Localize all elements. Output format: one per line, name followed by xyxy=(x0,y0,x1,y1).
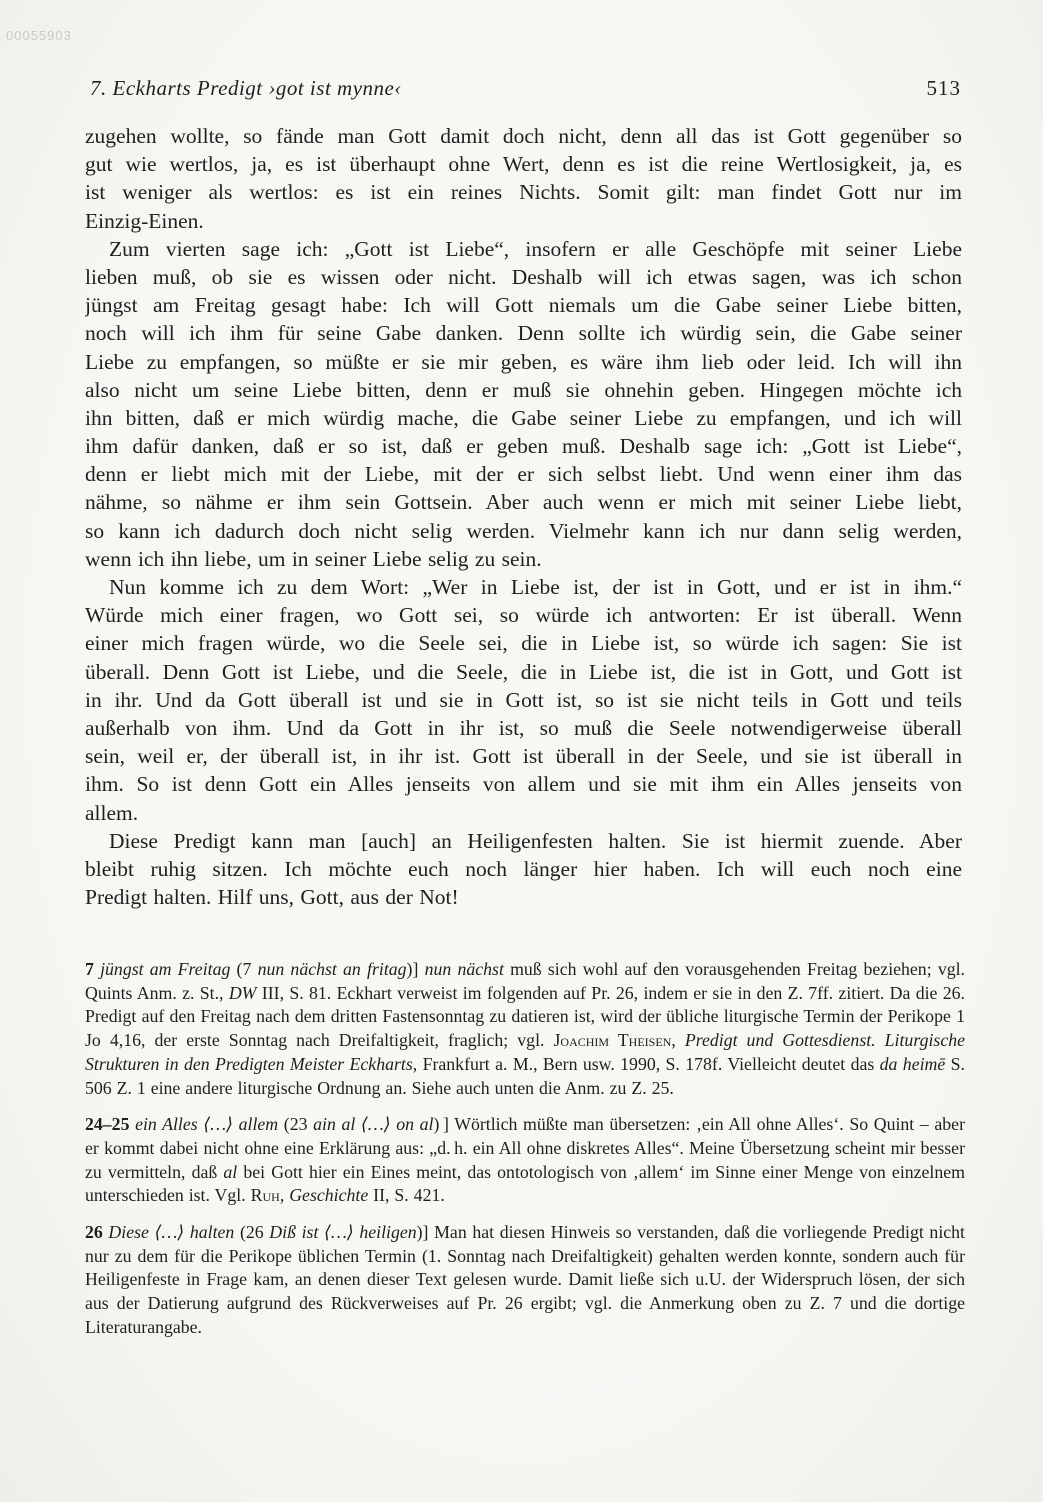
body-line: jüngst am Freitag gesagt habe: Ich will … xyxy=(85,291,962,319)
body-line-text: gut wie wertlos, ja, es ist überhaupt oh… xyxy=(85,150,962,178)
footnote-text-segment: Joachim Theisen xyxy=(554,1030,672,1050)
footnote-text-segment: ein Alles ⟨…⟩ allem xyxy=(135,1114,278,1134)
body-line: zugehen wollte, so fände man Gott damit … xyxy=(85,122,962,150)
body-line-text: denn er liebt mich mit der Liebe, mit de… xyxy=(85,460,962,488)
body-line-text: lieben muß, ob sie es wissen oder nicht.… xyxy=(85,263,962,291)
footnote: 24–25 ein Alles ⟨…⟩ allem (23 ain al ⟨…⟩… xyxy=(85,1113,965,1208)
body-line-text: Liebe zu empfangen, so müßte er sie mir … xyxy=(85,348,962,376)
footnote: 26 Diese ⟨…⟩ halten (26 Diß ist ⟨…⟩ heil… xyxy=(85,1221,965,1340)
body-line: in ihr. Und da Gott überall ist und sie … xyxy=(85,686,962,714)
scanned-book-page: 00055903 7. Eckharts Predigt ›got ist my… xyxy=(0,0,1043,1502)
footnote-text-segment: jüngst am Freitag xyxy=(100,959,230,979)
body-line-text: in ihr. Und da Gott überall ist und sie … xyxy=(85,686,962,714)
body-line-text: Zum vierten sage ich: „Gott ist Liebe“, … xyxy=(85,235,962,263)
footnote-text-segment: (26 xyxy=(234,1222,269,1242)
body-line: Einzig-Einen. xyxy=(85,207,962,235)
footnote-text-segment: Geschichte xyxy=(289,1185,368,1205)
footnote-text-segment: nun nächst an fritag xyxy=(258,959,407,979)
body-line: Predigt halten. Hilf uns, Gott, aus der … xyxy=(85,883,962,911)
body-line-text: ist weniger als wertlos: es ist ein rein… xyxy=(85,178,962,206)
footnotes: 7 jüngst am Freitag (7 nun nächst an fri… xyxy=(85,958,965,1353)
body-line: 20überall. Denn Gott ist Liebe, und die … xyxy=(85,658,962,686)
body-line: ihm dafür danken, daß er so ist, daß er … xyxy=(85,432,962,460)
body-line-text: also nicht um seine Liebe bitten, denn e… xyxy=(85,376,962,404)
body-line-text: ihn bitten, daß er mich würdig mache, di… xyxy=(85,404,962,432)
footnote-text-segment: Diß ist ⟨…⟩ heiligen xyxy=(269,1222,416,1242)
footnote-text-segment: ain al ⟨…⟩ on al xyxy=(313,1114,433,1134)
body-line-text: Würde mich einer fragen, wo Gott sei, so… xyxy=(85,601,962,629)
chapter-title: 7. Eckharts Predigt ›got ist mynne‹ xyxy=(90,76,402,100)
body-line: 5Zum vierten sage ich: „Gott ist Liebe“,… xyxy=(85,235,962,263)
body-line-text: einer mich fragen würde, wo die Seele se… xyxy=(85,629,962,657)
footnote-text-segment: DW xyxy=(229,983,257,1003)
body-line: denn er liebt mich mit der Liebe, mit de… xyxy=(85,460,962,488)
body-line-text: bleibt ruhig sitzen. Ich möchte euch noc… xyxy=(85,855,962,883)
body-line-text: ihm. So ist denn Gott ein Alles jenseits… xyxy=(85,770,962,798)
footnote-text-segment: 26 xyxy=(85,1222,108,1242)
body-line: ist weniger als wertlos: es ist ein rein… xyxy=(85,178,962,206)
body-line: Nun komme ich zu dem Wort: „Wer in Liebe… xyxy=(85,573,962,601)
body-line: einer mich fragen würde, wo die Seele se… xyxy=(85,629,962,657)
body-line: wenn ich ihn liebe, um in seiner Liebe s… xyxy=(85,545,962,573)
body-line-text: allem. xyxy=(85,799,962,827)
footnote-text-segment: 24–25 xyxy=(85,1114,135,1134)
page-number: 513 xyxy=(927,76,962,101)
body-line-text: Nun komme ich zu dem Wort: „Wer in Liebe… xyxy=(85,573,962,601)
footnote-text-segment: Ruh xyxy=(251,1185,280,1205)
body-line: Liebe zu empfangen, so müßte er sie mir … xyxy=(85,348,962,376)
footnote-text-segment: Diese ⟨…⟩ halten xyxy=(108,1222,234,1242)
body-line: Würde mich einer fragen, wo Gott sei, so… xyxy=(85,601,962,629)
body-line-text: nähme, so nähme er ihm sein Gottsein. Ab… xyxy=(85,488,962,516)
footnote-text-segment: , xyxy=(280,1185,289,1205)
body-line: 15so kann ich dadurch doch nicht selig w… xyxy=(85,517,962,545)
footnote-text-segment: )] xyxy=(407,959,425,979)
body-line-text: noch will ich ihm für seine Gabe danken.… xyxy=(85,319,962,347)
body-line: lieben muß, ob sie es wissen oder nicht.… xyxy=(85,263,962,291)
body-line: 10also nicht um seine Liebe bitten, denn… xyxy=(85,376,962,404)
footnote-text-segment: 7 xyxy=(85,959,100,979)
body-line: ihn bitten, daß er mich würdig mache, di… xyxy=(85,404,962,432)
body-line-text: Diese Predigt kann man [auch] an Heilige… xyxy=(85,827,962,855)
body-line-text: so kann ich dadurch doch nicht selig wer… xyxy=(85,517,962,545)
body-line: 25allem. xyxy=(85,799,962,827)
footnote-text-segment: (23 xyxy=(278,1114,313,1134)
footnote-text-segment: al xyxy=(223,1162,237,1182)
footnote-text-segment: II, S. 421. xyxy=(368,1185,445,1205)
body-line: außerhalb von ihm. Und da Gott in ihr is… xyxy=(85,714,962,742)
footnote-text-segment: (7 xyxy=(230,959,257,979)
body-line-text: ihm dafür danken, daß er so ist, daß er … xyxy=(85,432,962,460)
footnote-text-segment: da heimē xyxy=(880,1054,946,1074)
body-line-text: jüngst am Freitag gesagt habe: Ich will … xyxy=(85,291,962,319)
body-line-text: sein, weil er, der überall ist, in ihr i… xyxy=(85,742,962,770)
footnote: 7 jüngst am Freitag (7 nun nächst an fri… xyxy=(85,958,965,1100)
body-line-text: außerhalb von ihm. Und da Gott in ihr is… xyxy=(85,714,962,742)
body-line-text: Predigt halten. Hilf uns, Gott, aus der … xyxy=(85,883,962,911)
footnote-text-segment: , xyxy=(671,1030,685,1050)
body-line: noch will ich ihm für seine Gabe danken.… xyxy=(85,319,962,347)
body-lines: zugehen wollte, so fände man Gott damit … xyxy=(85,122,962,911)
footnote-text-segment: , Frankfurt a. M., Bern usw. 1990, S. 17… xyxy=(413,1054,880,1074)
body-line-text: Einzig-Einen. xyxy=(85,207,962,235)
body-line: nähme, so nähme er ihm sein Gottsein. Ab… xyxy=(85,488,962,516)
body-line: bleibt ruhig sitzen. Ich möchte euch noc… xyxy=(85,855,962,883)
body-line-text: wenn ich ihn liebe, um in seiner Liebe s… xyxy=(85,545,962,573)
body-line: gut wie wertlos, ja, es ist überhaupt oh… xyxy=(85,150,962,178)
scan-watermark-number: 00055903 xyxy=(6,28,72,43)
body-line-text: zugehen wollte, so fände man Gott damit … xyxy=(85,122,962,150)
footnote-text-segment: nun nächst xyxy=(425,959,504,979)
body-line: sein, weil er, der überall ist, in ihr i… xyxy=(85,742,962,770)
running-head: 7. Eckharts Predigt ›got ist mynne‹ xyxy=(90,76,960,101)
body-line: Diese Predigt kann man [auch] an Heilige… xyxy=(85,827,962,855)
body-line-text: überall. Denn Gott ist Liebe, und die Se… xyxy=(85,658,962,686)
body-line: ihm. So ist denn Gott ein Alles jenseits… xyxy=(85,770,962,798)
